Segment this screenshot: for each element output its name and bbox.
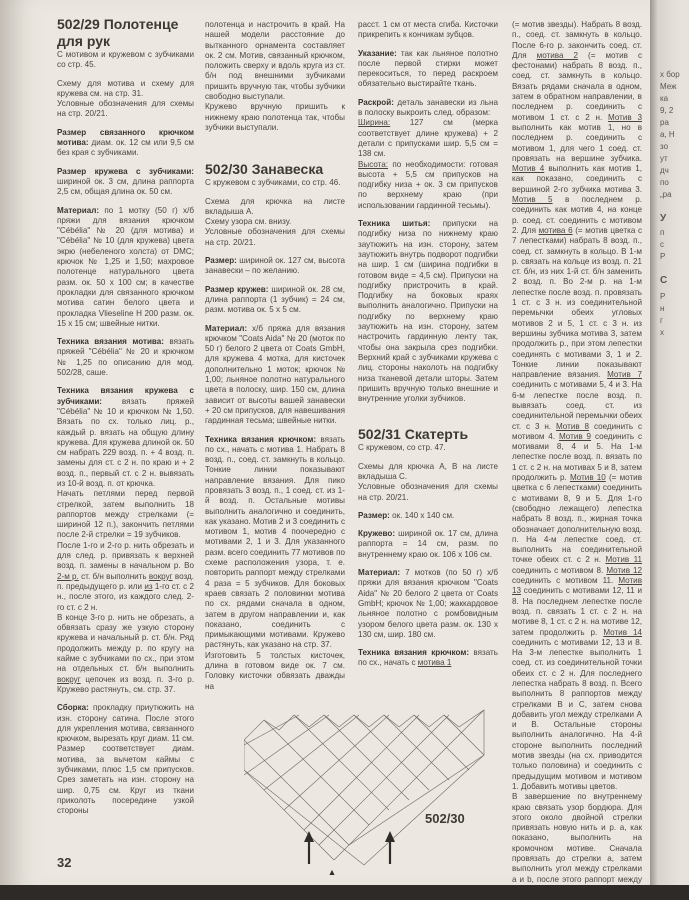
text: выполнить как мотив 1, но в последнем р.… xyxy=(512,123,642,163)
label: Материал: xyxy=(57,206,99,215)
motif-ref: Мотив 10 xyxy=(570,473,606,482)
technique-lace: Техника вязания кружева с зубчиками: вяз… xyxy=(57,386,194,489)
magazine-page: 502/29 Полотенце для рук С мотивом и кру… xyxy=(0,0,660,888)
lace-size: Размер кружев: шириной ок. 28 см, длина … xyxy=(205,285,345,316)
legend-reference: Условные обозначения для схемы на стр. 2… xyxy=(358,482,498,503)
cut-height: Высота: по необходимости: готовая высота… xyxy=(358,160,498,211)
materials: Материал: х/б пряжа для вязания крючком … xyxy=(205,324,345,427)
page-bottom-edge xyxy=(0,885,689,900)
text: (= мотив с фестонами) набрать 8 возд. п.… xyxy=(512,51,642,122)
text: (= мотив цветка с 7 лепестками) набрать … xyxy=(512,226,642,379)
underlined: из xyxy=(144,582,152,591)
fragment: ут xyxy=(660,154,668,164)
note: Указание: так как льняное полотно после … xyxy=(358,49,498,90)
value: по 1 мотку (50 г) х/б пряжи для вязания … xyxy=(57,206,194,328)
adjacent-page-edge: х бор Меж ка 9, 2 ра а, Н зо ут дч по „р… xyxy=(650,0,689,888)
value: вязать пряжей "Cébélia" № 10 и крючком №… xyxy=(57,397,194,488)
towel-lace-attach: Кружево вручную пришить к нижнему краю п… xyxy=(205,102,345,133)
size-motif: Размер связанного крючком мотива: диам. … xyxy=(57,128,194,159)
value: припуски на подгибку низа по нижнему кра… xyxy=(358,219,498,403)
label: Техника вязания крючком: xyxy=(358,648,469,657)
size-lace: Размер кружева с зубчиками: шириной ок. … xyxy=(57,167,194,198)
label: Высота: xyxy=(358,160,388,169)
fragment: н xyxy=(660,304,664,314)
fragment: Меж xyxy=(660,82,676,92)
motif-ref: Мотив 14 xyxy=(603,628,642,637)
technique: Техника вязания крючком: вязать по сх., … xyxy=(205,435,345,651)
label: Техника вязания крючком: xyxy=(205,435,316,444)
subtitle-502-31: С кружевом, со стр. 47. xyxy=(358,443,498,453)
tassels: Изготовить 5 толстых кисточек, длина в г… xyxy=(205,651,345,692)
towel-finish: полотенца и настрочить в край. На нашей … xyxy=(205,20,345,102)
label: Размер: xyxy=(358,511,390,520)
text: соединить с мотивом 11. xyxy=(512,576,618,585)
legend-reference: Условные обозначения для схемы на стр. 2… xyxy=(205,227,345,248)
label: Указание: xyxy=(358,49,397,58)
fragment: х бор xyxy=(660,70,680,80)
motif-ref: Мотив 12 xyxy=(606,566,642,575)
legend-reference: Условные обозначения для схемы на стр. 2… xyxy=(57,99,194,120)
start-arrow-icon xyxy=(383,830,397,864)
size: Размер: ок. 140 х 140 см. xyxy=(358,511,498,521)
subtitle-502-29: С мотивом и кружевом с зубчиками со стр.… xyxy=(57,50,194,71)
underlined: вокруг xyxy=(149,572,173,581)
label: Материал: xyxy=(205,324,247,333)
label: Сборка: xyxy=(57,703,89,712)
column-2: полотенца и настрочить в край. На нашей … xyxy=(205,20,345,700)
scheme-reference: Схема для крючка на листе вкладыша А. xyxy=(205,197,345,218)
column-4: (= мотив звезды). Набрать 8 возд. п., со… xyxy=(512,20,642,900)
fragment: с xyxy=(660,240,664,250)
label: Ширина: xyxy=(358,118,390,127)
underlined: вокруг xyxy=(57,675,81,684)
sewing: Техника шитья: припуски на подгибку низа… xyxy=(358,219,498,404)
motif-ref: Мотив 3 xyxy=(608,113,642,122)
technique: Техника вязания крючком: вязать по сх., … xyxy=(358,648,498,669)
value: шириной ок. 3 см, длина раппорта 2,5 см,… xyxy=(57,177,194,196)
value: ок. 140 х 140 см. xyxy=(390,511,454,520)
diagram-label: 502/30 xyxy=(425,811,465,826)
text: (= мотив цветка с 6 лепестками) соединит… xyxy=(512,473,642,564)
label: Техника вязания мотива: xyxy=(57,337,164,346)
label: Материал: xyxy=(358,568,400,577)
page-number: 32 xyxy=(57,855,71,870)
underlined: мотива 1 xyxy=(418,658,452,667)
lace-paragraph-3: После 1-го и 2-го р. нить обрезать и для… xyxy=(57,541,194,613)
start-arrow-icon xyxy=(302,830,316,864)
label: Раскрой: xyxy=(358,98,394,107)
title-502-31: 502/31 Скатерть xyxy=(358,426,498,443)
materials: Материал: 7 мотков (по 50 г) х/б пряжи д… xyxy=(358,568,498,640)
fragment: п xyxy=(660,228,664,238)
fragment: С xyxy=(660,276,667,286)
fragment: Р xyxy=(660,252,665,262)
text: После 1-го и 2-го р. нить обрезать и для… xyxy=(57,541,194,571)
column-3: расст. 1 см от места сгиба. Кисточки при… xyxy=(358,20,498,677)
pattern-reference: Схему узора см. внизу. xyxy=(205,217,345,227)
fragment: зо xyxy=(660,142,668,152)
label: Кружево: xyxy=(358,529,395,538)
fragment: ра xyxy=(660,118,669,128)
label: Размер: xyxy=(205,256,237,265)
technique-motif: Техника вязания мотива: вязать пряжей "C… xyxy=(57,337,194,378)
fragment: У xyxy=(660,214,666,224)
cut-width: Ширина: 127 см (мерка соответствует длин… xyxy=(358,118,498,159)
value: 7 мотков (по 50 г) х/б пряжи для вязания… xyxy=(358,568,498,639)
cutting: Раскрой: деталь занавески из льна в поло… xyxy=(358,98,498,119)
fragment: а, Н xyxy=(660,130,675,140)
fragment: г xyxy=(660,316,663,326)
lace: Кружево: шириной ок. 17 см, длина раппор… xyxy=(358,529,498,560)
column-1: 502/29 Полотенце для рук С мотивом и кру… xyxy=(57,16,194,824)
tassel-attach: расст. 1 см от места сгиба. Кисточки при… xyxy=(358,20,498,41)
fragment: ка xyxy=(660,94,668,104)
text: В конце 3-го р. нить не обрезать, а обвя… xyxy=(57,613,194,673)
motif-ref: Мотив 5 xyxy=(512,195,553,204)
value: прокладку приутюжить на изн. сторону сат… xyxy=(57,703,194,815)
motif-ref: мотива 2 xyxy=(537,51,578,60)
subtitle-502-30: С кружевом с зубчиками, со стр. 46. xyxy=(205,178,345,188)
motif-ref: Мотив 9 xyxy=(559,432,591,441)
label: Размер кружева с зубчиками: xyxy=(57,167,194,176)
motif-ref: Мотив 8 xyxy=(556,422,589,431)
text: ст. б/н выполнить xyxy=(79,572,149,581)
title-502-30: 502/30 Занавеска xyxy=(205,161,345,178)
value: х/б пряжа для вязания крючком "Coats Aid… xyxy=(205,324,345,426)
border-instructions: В завершение по внутреннему краю связать… xyxy=(512,792,642,895)
text: соединить с мотивами 12, 13 и 8. На 3-м … xyxy=(512,638,642,791)
label: Техника шитья: xyxy=(358,219,430,228)
motif-ref: Мотив 4 xyxy=(512,164,544,173)
fragment: 9, 2 xyxy=(660,106,673,116)
motif-instructions: (= мотив звезды). Набрать 8 возд. п., со… xyxy=(512,20,642,792)
fragment: по xyxy=(660,178,669,188)
scheme-reference: Схемы для крючка А, В на листе вкладыша … xyxy=(358,462,498,483)
size: Размер: шириной ок. 127 см, высота занав… xyxy=(205,256,345,277)
assembly: Сборка: прокладку приутюжить на изн. сто… xyxy=(57,703,194,816)
fragment: „ра xyxy=(660,190,672,200)
fragment: дч xyxy=(660,166,669,176)
scheme-reference: Схему для мотива и схему для кружева см.… xyxy=(57,79,194,100)
fragment: Р xyxy=(660,292,665,302)
lace-pattern-diagram xyxy=(244,705,504,875)
title-502-29: 502/29 Полотенце для рук xyxy=(57,16,194,50)
fragment: х xyxy=(660,328,664,338)
underlined: 2-м р. xyxy=(57,572,79,581)
lace-paragraph-2: Начать петлями перед первой стрелкой, за… xyxy=(57,489,194,540)
text: соединить с мотивом 8. xyxy=(512,566,606,575)
value: вязать по сх., начать с мотива 1. Набрат… xyxy=(205,435,345,650)
materials: Материал: по 1 мотку (50 г) х/б пряжи дл… xyxy=(57,206,194,330)
lace-paragraph-4: В конце 3-го р. нить не обрезать, а обвя… xyxy=(57,613,194,695)
motif-ref: Мотив 7 xyxy=(607,370,642,379)
motif-ref: мотива 6 xyxy=(539,226,573,235)
motif-ref: Мотив 11 xyxy=(605,555,642,564)
label: Размер кружев: xyxy=(205,285,268,294)
